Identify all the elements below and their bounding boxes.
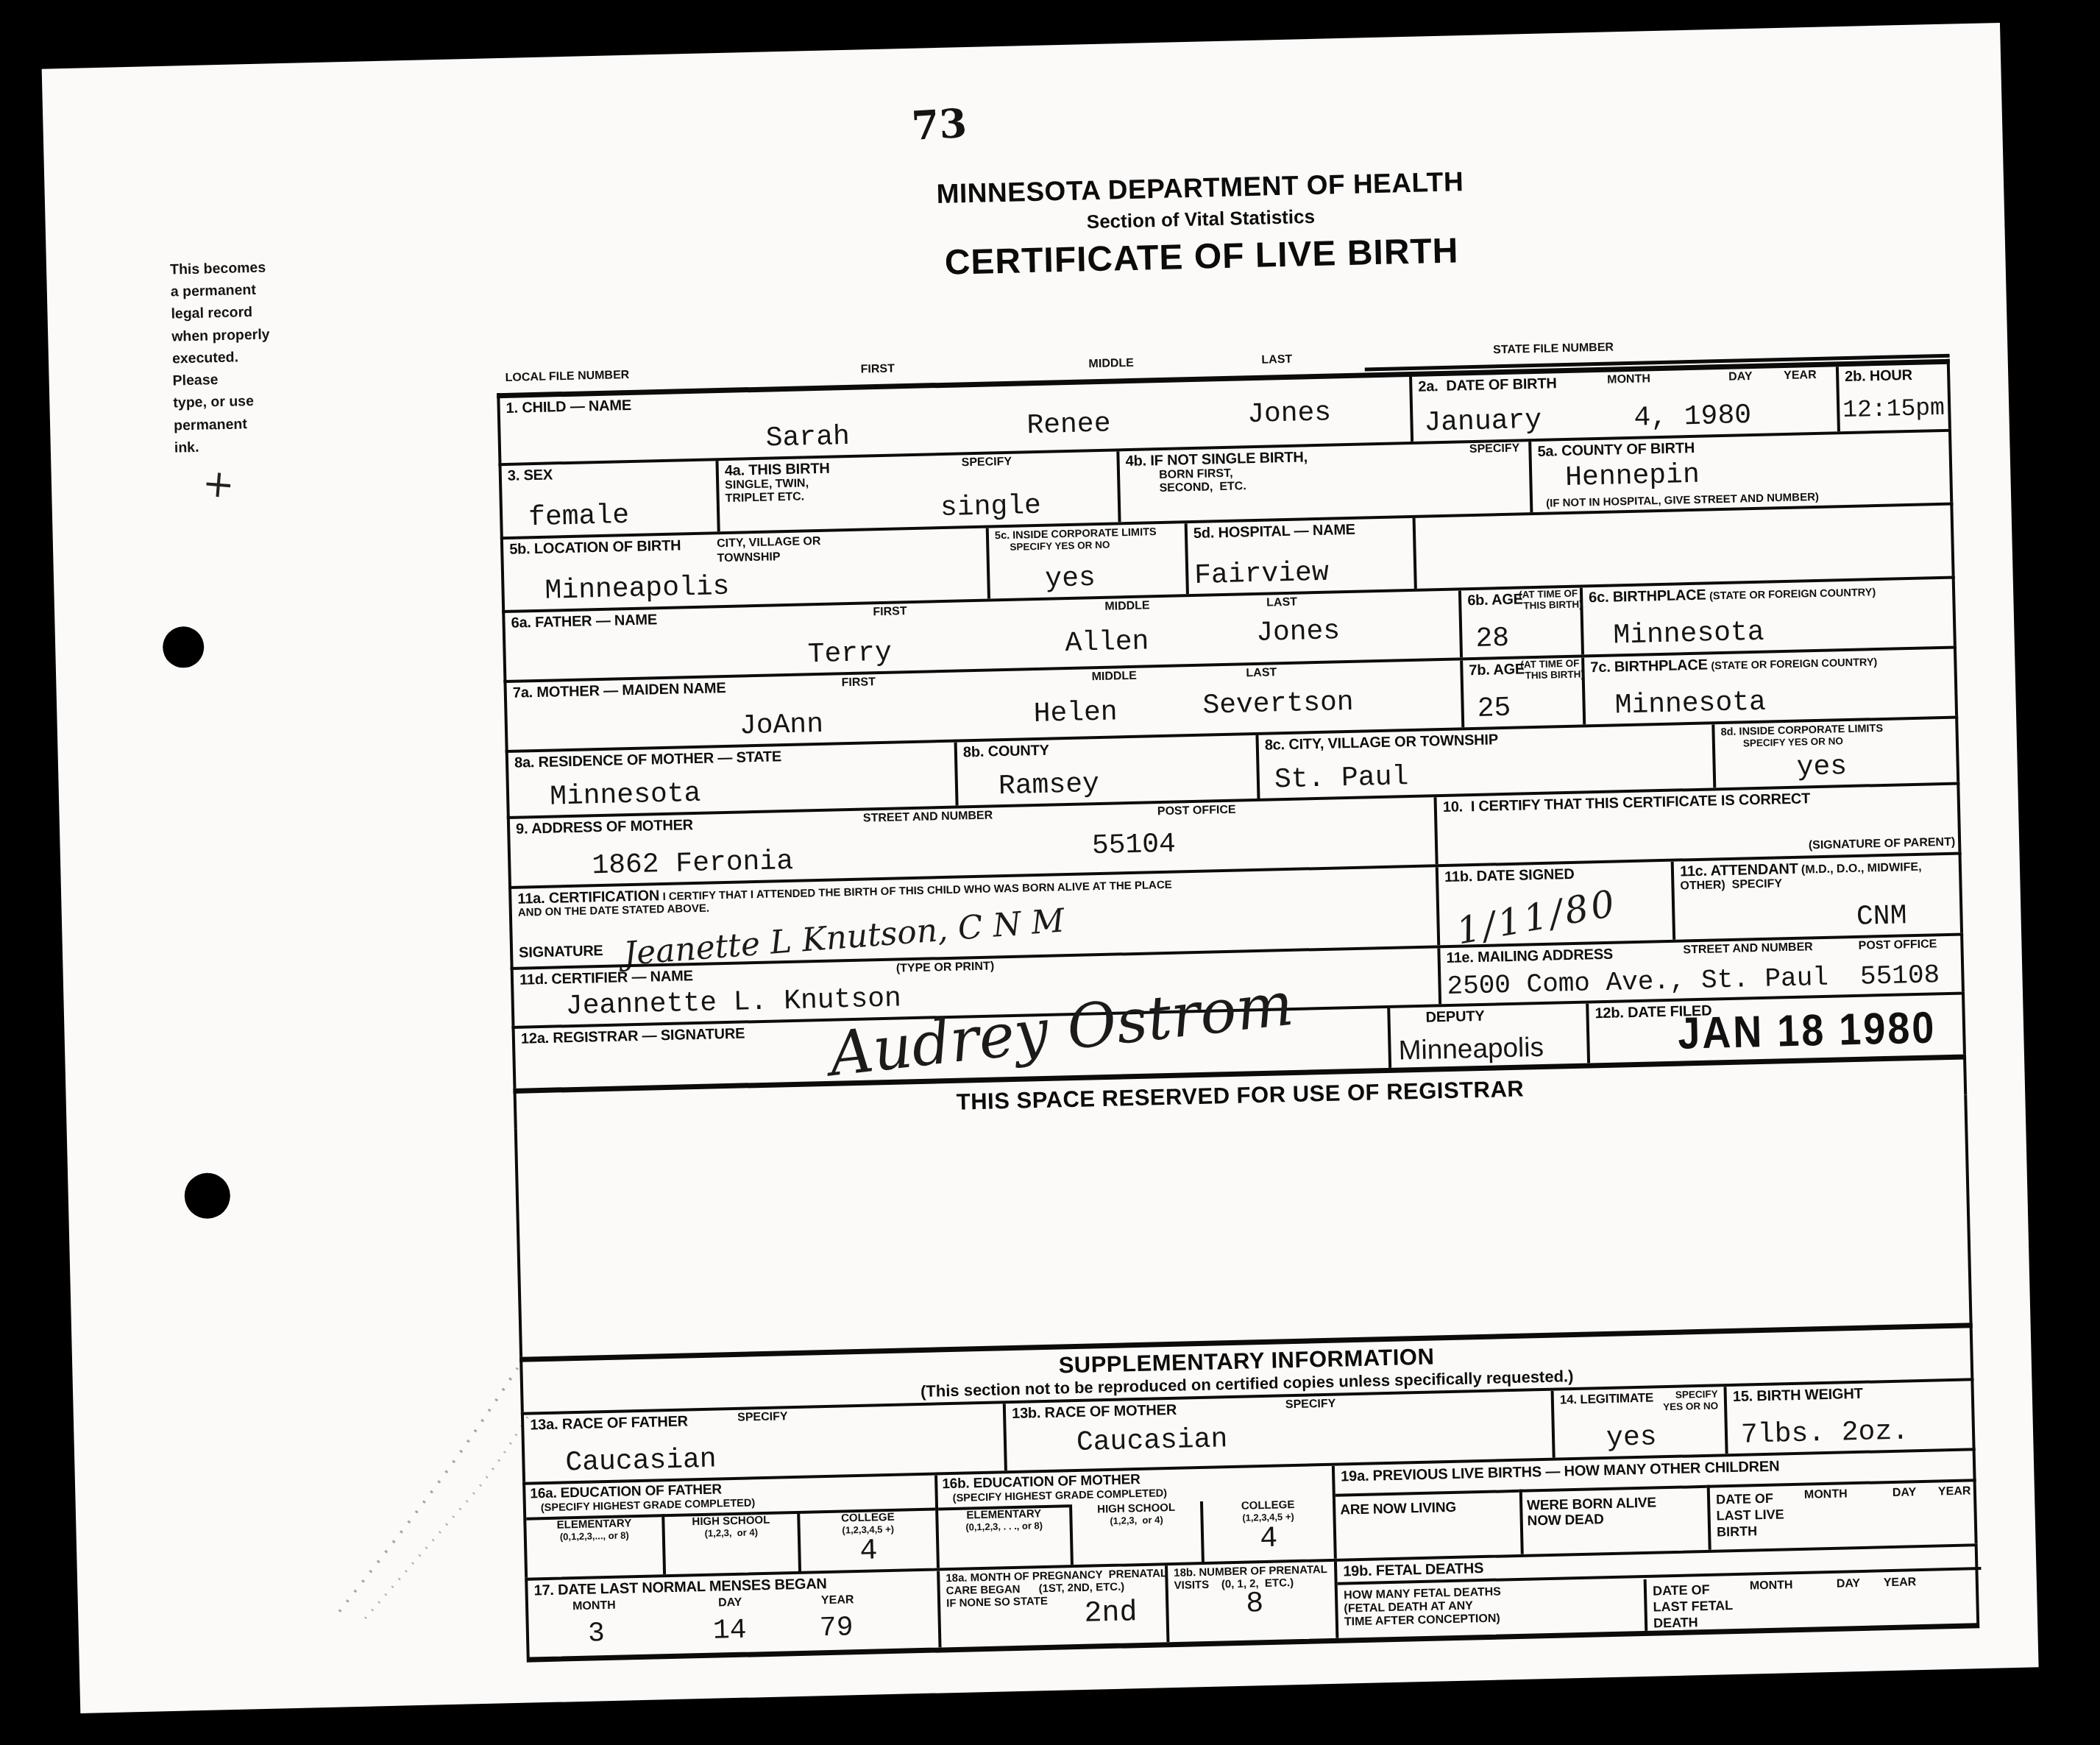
date-signed-label: 11b. DATE SIGNED: [1444, 866, 1575, 885]
state-file-number-label: STATE FILE NUMBER: [1493, 341, 1614, 357]
edu-col-sub: (1,2,3, or 4): [665, 1526, 798, 1540]
local-file-number-label: LOCAL FILE NUMBER: [506, 369, 630, 385]
margin-note-line: legal record: [171, 300, 282, 325]
field-legitimate: 14. LEGITIMATE SPECIFY YES OR NO yes: [1554, 1387, 1728, 1458]
menses-year-value: 79: [819, 1612, 854, 1644]
margin-note: This becomes a permanent legal record wh…: [170, 256, 285, 459]
mailing-po-label: POST OFFICE: [1859, 938, 1937, 953]
edu-father-college-value: 4: [801, 1534, 937, 1570]
last-fetal-year-label: YEAR: [1884, 1576, 1917, 1590]
father-last-value: Jones: [1256, 615, 1341, 649]
field-mother-birthplace: 7c. BIRTHPLACE (STATE OR FOREIGN COUNTRY…: [1584, 648, 1961, 724]
certifier-label: 11d. CERTIFIER — NAME: [519, 968, 693, 988]
this-birth-specify-label: SPECIFY: [961, 456, 1012, 470]
mother-last-value: Severtson: [1202, 687, 1354, 722]
father-middle-label: MIDDLE: [1104, 599, 1150, 613]
margin-note-line: a permanent: [171, 278, 282, 303]
field-this-birth: 4a. THIS BIRTH SINGLE, TWIN, TRIPLET ETC…: [718, 451, 1121, 531]
field-father-age: 6b. AGE (AT TIME OF THIS BIRTH) 28: [1461, 587, 1584, 657]
hospital-label: 5d. HOSPITAL — NAME: [1193, 522, 1355, 542]
field-birth-weight: 15. BIRTH WEIGHT 7lbs. 2oz.: [1726, 1381, 1978, 1454]
location-label: 5b. LOCATION OF BIRTH: [509, 537, 681, 557]
field-county-of-birth: 5a. COUNTY OF BIRTH Hennepin (IF NOT IN …: [1531, 432, 1956, 513]
child-last-label: LAST: [1261, 353, 1292, 367]
field-race-mother: 13b. RACE OF MOTHER SPECIFY Caucasian: [1006, 1391, 1556, 1471]
mother-age-label: 7b. AGE: [1469, 661, 1525, 679]
scanned-certificate-page: 73 MINNESOTA DEPARTMENT OF HEALTH Sectio…: [42, 23, 2039, 1713]
last-birth-day-label: DAY: [1893, 1486, 1917, 1500]
mother-middle-value: Helen: [1033, 696, 1118, 730]
field-prenatal-visits: 18b. NUMBER OF PRENATAL VISITS (0, 1, 2,…: [1168, 1562, 1338, 1642]
field-race-father: 13a. RACE OF FATHER SPECIFY Caucasian: [524, 1404, 1007, 1482]
mother-birthplace-label: 7c. BIRTHPLACE: [1590, 657, 1708, 676]
hour-value: 12:15pm: [1842, 394, 1945, 424]
last-birth-label1: DATE OF: [1716, 1491, 1773, 1508]
prenatal-care-value: 2nd: [1084, 1596, 1138, 1631]
this-birth-value: single: [940, 490, 1042, 524]
father-age-value: 28: [1475, 623, 1510, 655]
mother-age-value: 25: [1477, 693, 1511, 725]
edu-mother-highschool: HIGH SCHOOL (1,2,3, or 4): [1069, 1501, 1202, 1565]
field-date-signed: 11b. DATE SIGNED 1/11/80: [1439, 862, 1675, 946]
margin-note-line: This becomes: [170, 256, 281, 281]
field-education-father: 16a. EDUCATION OF FATHER (SPECIFY HIGHES…: [525, 1475, 940, 1577]
county-birth-value: Hennepin: [1565, 459, 1700, 494]
legitimate-value: yes: [1606, 1421, 1657, 1454]
race-mother-specify: SPECIFY: [1285, 1398, 1336, 1412]
father-label: 6a. FATHER — NAME: [511, 612, 657, 631]
fetal-deaths-last-date: DATE OF LAST FETAL DEATH MONTH DAY YEAR: [1647, 1571, 1983, 1631]
mother-birthplace-sub: (STATE OR FOREIGN COUNTRY): [1711, 656, 1877, 672]
residence-city-label: 8c. CITY, VILLAGE OR TOWNSHIP: [1265, 732, 1499, 753]
margin-note-line: permanent: [174, 412, 285, 437]
certificate-form: LOCAL FILE NUMBER FIRST MIDDLE LAST STAT…: [496, 326, 1979, 1663]
father-last-label: LAST: [1266, 596, 1297, 610]
field-street-if-not-hospital: [1416, 506, 1958, 589]
field-prenatal-care-began: 18a. MONTH OF PREGNANCY PRENATAL CARE BE…: [940, 1565, 1169, 1647]
field-menses: 17. DATE LAST NORMAL MENSES BEGAN MONTH …: [528, 1571, 941, 1657]
edu-father-elementary: ELEMENTARY (0,1,2,3,..., or 8): [526, 1514, 663, 1577]
street-number-label: STREET AND NUMBER: [863, 809, 993, 825]
location-sub2: TOWNSHIP: [717, 551, 780, 565]
father-birthplace-value: Minnesota: [1613, 617, 1764, 652]
dob-label: 2a. DATE OF BIRTH: [1418, 375, 1557, 394]
mother-age-sub2: THIS BIRTH): [1525, 668, 1584, 681]
field-hospital: 5d. HOSPITAL — NAME Fairview: [1188, 518, 1417, 594]
edu-father-highschool: HIGH SCHOOL (1,2,3, or 4): [661, 1511, 798, 1574]
legitimate-sub1: SPECIFY: [1675, 1388, 1718, 1400]
race-mother-label: 13b. RACE OF MOTHER: [1012, 1402, 1177, 1422]
hole-punch-bottom: [184, 1172, 230, 1219]
residence-city-value: St. Paul: [1274, 761, 1408, 796]
mother-po-value: 55104: [1091, 829, 1176, 863]
field-residence-city: 8c. CITY, VILLAGE OR TOWNSHIP St. Paul: [1258, 724, 1716, 799]
field-education-mother: 16b. EDUCATION OF MOTHER (SPECIFY HIGHES…: [937, 1466, 1337, 1568]
child-first-label: FIRST: [860, 362, 895, 376]
hour-label: 2b. HOUR: [1845, 367, 1912, 385]
father-birthplace-sub: (STATE OR FOREIGN COUNTRY): [1709, 587, 1876, 602]
edu-col-sub: (0,1,2,3, . . ., or 8): [939, 1520, 1070, 1534]
fetal-deaths-how-many: HOW MANY FETAL DEATHS (FETAL DEATH AT AN…: [1338, 1579, 1648, 1638]
post-office-label: POST OFFICE: [1157, 804, 1236, 819]
field-attendant: 11c. ATTENDANT (M.D., D.O., MIDWIFE, OTH…: [1674, 854, 1966, 939]
dob-month-value: January: [1424, 405, 1542, 439]
field-residence-limits: 8d. INSIDE CORPORATE LIMITS SPECIFY YES …: [1714, 718, 1962, 787]
residence-state-value: Minnesota: [550, 778, 701, 813]
attendant-value: CNM: [1856, 900, 1907, 933]
certifier-value: Jeannette L. Knutson: [565, 983, 901, 1022]
registrar-label: 12a. REGISTRAR — SIGNATURE: [521, 1025, 745, 1047]
location-value: Minneapolis: [544, 571, 730, 607]
child-first-value: Sarah: [765, 421, 850, 455]
residence-county-label: 8b. COUNTY: [963, 743, 1049, 761]
sex-value: female: [528, 500, 630, 534]
father-age-label: 6b. AGE: [1467, 591, 1523, 609]
hole-punch-top: [163, 626, 205, 668]
dob-day-label: DAY: [1728, 370, 1753, 384]
mother-last-label: LAST: [1246, 666, 1277, 680]
edu-col-sub: (1,2,3, or 4): [1072, 1514, 1200, 1528]
mailing-street-label: STREET AND NUMBER: [1683, 941, 1813, 957]
margin-note-line: Please: [172, 367, 283, 392]
certification-signature-label: SIGNATURE: [519, 943, 603, 961]
dob-month-label: MONTH: [1607, 372, 1650, 386]
registrar-space: [514, 1094, 1973, 1356]
registrar-city-value: Minneapolis: [1398, 1032, 1544, 1066]
father-birthplace-label: 6c. BIRTHPLACE: [1589, 587, 1706, 606]
field-date-of-birth: 2a. DATE OF BIRTH MONTH DAY YEAR January…: [1412, 367, 1840, 442]
county-birth-label: 5a. COUNTY OF BIRTH: [1537, 440, 1695, 460]
edu-col-sub: (0,1,2,3,..., or 8): [527, 1529, 662, 1543]
mother-birthplace-value: Minnesota: [1614, 687, 1766, 722]
last-fetal-label3: DEATH: [1653, 1615, 1698, 1631]
edu-mother-elementary: ELEMENTARY (0,1,2,3, . . ., or 8): [938, 1504, 1071, 1568]
now-living-label: ARE NOW LIVING: [1335, 1493, 1520, 1524]
now-dead-label: NOW DEAD: [1522, 1509, 1707, 1529]
field-if-not-single-birth: 4b. IF NOT SINGLE BIRTH, BORN FIRST, SEC…: [1119, 442, 1533, 522]
limits-birth-value: yes: [1045, 562, 1096, 595]
father-middle-value: Allen: [1065, 626, 1149, 659]
sex-label: 3. SEX: [508, 467, 553, 484]
last-birth-year-label: YEAR: [1938, 1484, 1971, 1498]
child-last-value: Jones: [1247, 397, 1332, 431]
race-father-label: 13a. RACE OF FATHER: [530, 1413, 688, 1433]
margin-note-line: type, or use: [173, 389, 284, 414]
edu-father-college: COLLEGE (1,2,3,4,5 +) 4: [797, 1508, 937, 1571]
type-or-print-label: (TYPE OR PRINT): [896, 960, 995, 975]
field-certify-correct: 10. I CERTIFY THAT THIS CERTIFICATE IS C…: [1437, 785, 1965, 864]
document-header: MINNESOTA DEPARTMENT OF HEALTH Section o…: [751, 162, 1651, 288]
parent-signature-label: (SIGNATURE OF PARENT): [1809, 836, 1956, 853]
last-birth-month-label: MONTH: [1804, 1487, 1848, 1501]
dob-year-label: YEAR: [1784, 369, 1817, 383]
father-age-sub2: THIS BIRTH): [1523, 599, 1583, 612]
race-father-specify: SPECIFY: [737, 1410, 788, 1425]
field-residence-county: 8b. COUNTY Ramsey: [957, 735, 1260, 806]
last-fetal-day-label: DAY: [1837, 1577, 1861, 1591]
menses-year-label: YEAR: [821, 1593, 854, 1607]
births-now-living: ARE NOW LIVING: [1335, 1490, 1521, 1559]
menses-month-label: MONTH: [572, 1599, 616, 1613]
births-born-alive-dead: WERE BORN ALIVE NOW DEAD: [1519, 1485, 1709, 1554]
attendant-sub1: (M.D., D.O., MIDWIFE,: [1801, 861, 1922, 877]
last-fetal-label1: DATE OF: [1653, 1582, 1710, 1599]
last-birth-label3: BIRTH: [1717, 1523, 1757, 1540]
birth-weight-value: 7lbs. 2oz.: [1741, 1415, 1909, 1451]
mother-label: 7a. MOTHER — MAIDEN NAME: [513, 680, 726, 701]
mother-address-label: 9. ADDRESS OF MOTHER: [516, 817, 693, 838]
mother-first-value: JoAnn: [739, 709, 823, 743]
race-father-value: Caucasian: [565, 1444, 717, 1479]
margin-note-line: executed.: [172, 345, 283, 370]
legitimate-label: 14. LEGITIMATE: [1560, 1391, 1654, 1407]
legitimate-sub2: YES OR NO: [1663, 1400, 1718, 1412]
residence-limits-value: yes: [1796, 751, 1847, 784]
field-father-birthplace: 6c. BIRTHPLACE (STATE OR FOREIGN COUNTRY…: [1583, 578, 1959, 654]
menses-month-value: 3: [587, 1618, 605, 1650]
hospital-value: Fairview: [1194, 557, 1329, 592]
menses-day-value: 14: [712, 1615, 747, 1647]
field-deputy: DEPUTY Minneapolis: [1390, 1003, 1590, 1067]
deputy-label: DEPUTY: [1425, 1008, 1484, 1026]
menses-day-label: DAY: [718, 1596, 742, 1610]
margin-note-line: ink.: [174, 434, 285, 459]
child-middle-label: MIDDLE: [1088, 357, 1134, 371]
dob-dayyear-value: 4, 1980: [1633, 400, 1752, 434]
date-filed-stamp: JAN 18 1980: [1677, 1002, 1937, 1060]
certify-correct-label: 10. I CERTIFY THAT THIS CERTIFICATE IS C…: [1443, 790, 1811, 815]
residence-county-value: Ramsey: [998, 768, 1100, 802]
child-name-label: 1. CHILD — NAME: [506, 397, 631, 417]
birth-weight-label: 15. BIRTH WEIGHT: [1733, 1386, 1863, 1405]
child-middle-value: Renee: [1026, 408, 1111, 442]
field-hour: 2b. HOUR 12:15pm: [1839, 364, 1954, 432]
field-previous-live-births: 19a. PREVIOUS LIVE BIRTHS — HOW MANY OTH…: [1335, 1451, 1981, 1559]
field-fetal-deaths: 19b. FETAL DEATHS HOW MANY FETAL DEATHS …: [1337, 1546, 1982, 1638]
edu-mother-college: COLLEGE (1,2,3,4,5 +) 4: [1200, 1498, 1334, 1562]
last-fetal-month-label: MONTH: [1750, 1579, 1793, 1593]
last-birth-label2: LAST LIVE: [1716, 1507, 1784, 1523]
margin-note-line: when properly: [171, 323, 283, 348]
father-first-label: FIRST: [873, 605, 907, 619]
field-location-of-birth: 5b. LOCATION OF BIRTH CITY, VILLAGE OR T…: [503, 528, 990, 610]
margin-pencil-scrawl: [313, 1279, 550, 1630]
handwritten-plus-mark: +: [201, 461, 236, 507]
mother-street-value: 1862 Feronia: [592, 846, 794, 882]
page-number: 73: [910, 99, 968, 149]
field-sex: 3. SEX female: [502, 461, 720, 537]
menses-label: 17. DATE LAST NORMAL MENSES BEGAN: [533, 1576, 827, 1599]
mother-middle-label: MIDDLE: [1091, 670, 1137, 684]
field-date-filed: 12b. DATE FILED JAN 18 1980: [1589, 994, 1969, 1063]
not-single-specify-label: SPECIFY: [1469, 442, 1520, 456]
births-last-live-birth: DATE OF LAST LIVE BIRTH MONTH DAY YEAR: [1707, 1479, 1978, 1550]
father-first-value: Terry: [807, 637, 892, 671]
race-mother-value: Caucasian: [1076, 1423, 1228, 1459]
field-inside-limits-birth: 5c. INSIDE CORPORATE LIMITS SPECIFY YES …: [989, 523, 1189, 598]
mother-first-label: FIRST: [841, 676, 876, 690]
field-mother-age: 7b. AGE (AT TIME OF THIS BIRTH) 25: [1463, 657, 1586, 727]
attendant-label: 11c. ATTENDANT: [1680, 861, 1798, 880]
mailing-label: 11e. MAILING ADDRESS: [1446, 946, 1613, 966]
last-fetal-label2: LAST FETAL: [1653, 1598, 1733, 1615]
residence-state-label: 8a. RESIDENCE OF MOTHER — STATE: [514, 748, 782, 771]
edu-mother-college-value: 4: [1204, 1521, 1334, 1557]
prenatal-visits-value: 8: [1246, 1588, 1264, 1621]
field-residence-state: 8a. RESIDENCE OF MOTHER — STATE Minnesot…: [508, 743, 959, 816]
location-sub1: CITY, VILLAGE OR: [717, 535, 821, 551]
